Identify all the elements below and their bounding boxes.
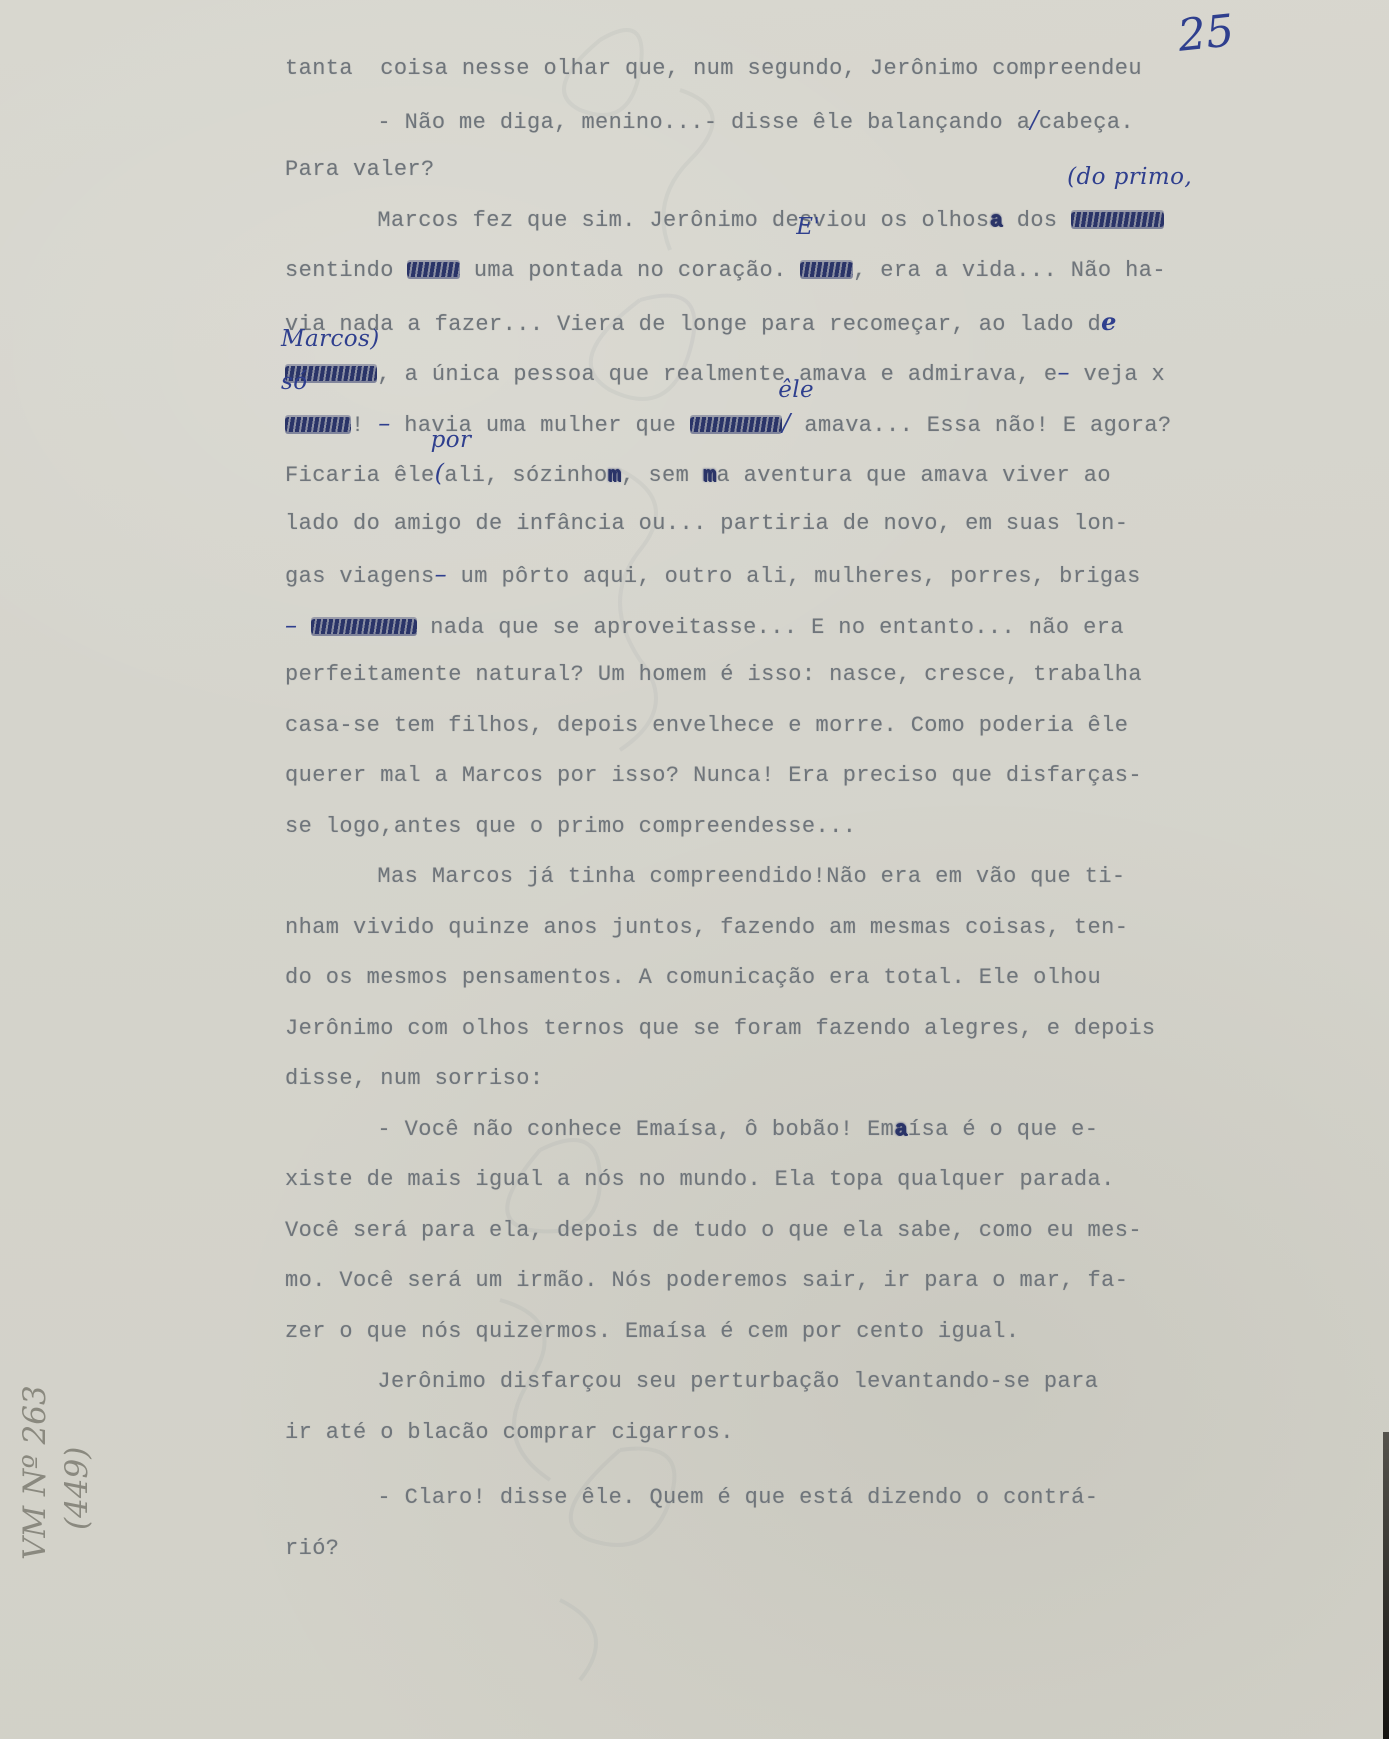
handwritten-insertion: por: [431, 429, 472, 452]
typed-text: veja x: [1070, 362, 1165, 387]
typescript-line: via nada a fazer... Viera de longe para …: [285, 297, 1295, 348]
handwritten-correction: –: [378, 409, 390, 437]
typed-text: [297, 615, 311, 640]
typed-text: casa-se tem filhos, depois envelhece e m…: [285, 713, 1128, 738]
typed-text: - Claro! disse êle. Quem é que está dize…: [377, 1485, 1098, 1510]
scan-edge-shadow: [1383, 1432, 1389, 1739]
typed-text: zer o que nós quizermos. Emaísa é cem po…: [285, 1319, 1020, 1344]
typed-text: , sem: [621, 463, 703, 488]
manuscript-page: 25 VM Nº 263 (449) tanta coisa nesse olh…: [0, 0, 1389, 1739]
typescript-line: rió?: [285, 1524, 1295, 1575]
typed-text: xiste de mais igual a nós no mundo. Ela …: [285, 1167, 1115, 1192]
typed-text: do os mesmos pensamentos. A comunicação …: [285, 965, 1101, 990]
typed-text: Você será para ela, depois de tudo o que…: [285, 1218, 1142, 1243]
typed-text: rió?: [285, 1536, 339, 1561]
typescript-line: nham vivido quinze anos juntos, fazendo …: [285, 903, 1295, 954]
typed-text: ir até o blacão comprar cigarros.: [285, 1420, 734, 1445]
scribbled-out-word: [407, 262, 460, 277]
scribbled-out-word: [311, 619, 417, 634]
typed-text: mo. Você será um irmão. Nós poderemos sa…: [285, 1268, 1128, 1293]
typed-text: se logo,antes que o primo compreendesse.…: [285, 814, 856, 839]
typed-text: tanta coisa nesse olhar que, num segundo…: [285, 56, 1142, 81]
typescript-line: mo. Você será um irmão. Nós poderemos sa…: [285, 1256, 1295, 1307]
handwritten-insertion: Marcos): [281, 328, 380, 351]
typed-text: via nada a fazer... Viera de longe para …: [285, 312, 1101, 337]
typed-text: perfeitamente natural? Um homem é isso: …: [285, 662, 1142, 687]
typescript-line: disse, num sorriso:: [285, 1054, 1295, 1105]
blotted-character: a: [990, 208, 1004, 233]
typed-text: lado do amigo de infância ou... partiria…: [285, 511, 1128, 536]
handwritten-correction: –: [435, 560, 447, 588]
typed-text: a aventura que amava viver ao: [716, 463, 1110, 488]
archive-note-line1: VM Nº 263: [14, 1385, 56, 1560]
handwritten-insertion: só: [281, 371, 307, 394]
handwritten-correction: (: [435, 459, 445, 487]
handwritten-correction: e: [1101, 307, 1117, 336]
archive-margin-note: VM Nº 263 (449): [14, 1385, 98, 1560]
typescript-line: Você será para ela, depois de tudo o que…: [285, 1206, 1295, 1257]
typed-text: Ficaria êle: [285, 463, 435, 488]
handwritten-correction: –: [1058, 358, 1070, 386]
blotted-character: a: [894, 1117, 908, 1142]
typed-text: ali, sózinho: [444, 463, 607, 488]
typescript-line: lado do amigo de infância ou... partiria…: [285, 499, 1295, 550]
handwritten-insertion: êle: [778, 379, 814, 402]
scribbled-out-word: só: [285, 417, 351, 432]
typed-text: Para valer?: [285, 157, 435, 182]
scribbled-out-word: E': [800, 262, 853, 277]
typed-text: sentindo: [285, 258, 407, 283]
handwritten-correction: /: [782, 409, 791, 437]
typescript-line: Marcos fez que sim. Jerônimo desviou os …: [285, 196, 1295, 247]
typescript-line: - Você não conhece Emaísa, ô bobão! Emaí…: [285, 1105, 1295, 1156]
typescript-line: zer o que nós quizermos. Emaísa é cem po…: [285, 1307, 1295, 1358]
typed-text: uma pontada no coração.: [460, 258, 800, 283]
typed-text: - Não me diga, menino...- disse êle bala…: [377, 110, 1030, 135]
typescript-line: - Claro! disse êle. Quem é que está dize…: [285, 1473, 1295, 1524]
typed-text: um pôrto aqui, outro ali, mulheres, porr…: [447, 564, 1141, 589]
typed-text: disse, num sorriso:: [285, 1066, 543, 1091]
typed-text: cabeça.: [1039, 110, 1134, 135]
blotted-character: m: [703, 463, 717, 488]
handwritten-insertion: E': [796, 216, 820, 239]
typescript-line: do os mesmos pensamentos. A comunicação …: [285, 953, 1295, 1004]
typed-text: amava... Essa não! E agora?: [791, 413, 1172, 438]
typed-text: nada que se aproveitasse... E no entanto…: [417, 615, 1124, 640]
typescript-line: gas viagens– um pôrto aqui, outro ali, m…: [285, 549, 1295, 600]
handwritten-correction: /: [1030, 106, 1039, 134]
typescript-line: Ficaria êlepor(ali, sózinhom, sem ma ave…: [285, 448, 1295, 499]
typed-text: querer mal a Marcos por isso? Nunca! Era…: [285, 763, 1142, 788]
archive-note-line2: (449): [56, 1385, 98, 1560]
typed-text: nham vivido quinze anos juntos, fazendo …: [285, 915, 1128, 940]
typescript-line: Jerônimo disfarçou seu perturbação levan…: [285, 1357, 1295, 1408]
typescript-line: Jerônimo com olhos ternos que se foram f…: [285, 1004, 1295, 1055]
typescript-line: tanta coisa nesse olhar que, num segundo…: [285, 44, 1295, 95]
typed-text: Mas Marcos já tinha compreendido!Não era…: [377, 864, 1125, 889]
handwritten-insertion: (do primo,: [1067, 166, 1192, 189]
typescript-body: tanta coisa nesse olhar que, num segundo…: [285, 44, 1295, 1574]
typescript-line: Mas Marcos já tinha compreendido!Não era…: [285, 852, 1295, 903]
handwritten-correction: –: [285, 611, 297, 639]
typescript-line: sentindo uma pontada no coração. E', era…: [285, 246, 1295, 297]
typescript-line: se logo,antes que o primo compreendesse.…: [285, 802, 1295, 853]
typed-text: Jerônimo disfarçou seu perturbação levan…: [377, 1369, 1098, 1394]
typed-text: dos: [1003, 208, 1071, 233]
typescript-line: perfeitamente natural? Um homem é isso: …: [285, 650, 1295, 701]
typed-text: , era a vida... Não ha-: [853, 258, 1166, 283]
typescript-line: xiste de mais igual a nós no mundo. Ela …: [285, 1155, 1295, 1206]
typed-text: ísa é o que e-: [908, 1117, 1098, 1142]
typescript-line: ir até o blacão comprar cigarros.: [285, 1408, 1295, 1459]
typed-text: , a única pessoa que realmente amava e a…: [377, 362, 1057, 387]
scribbled-out-word: (do primo,: [1071, 212, 1163, 227]
typed-text: Marcos fez que sim. Jerônimo desviou os …: [377, 208, 989, 233]
typed-text: - Você não conhece Emaísa, ô bobão! Em: [377, 1117, 894, 1142]
typescript-line: – nada que se aproveitasse... E no entan…: [285, 600, 1295, 651]
typescript-line: - Não me diga, menino...- disse êle bala…: [285, 95, 1295, 146]
typescript-line: querer mal a Marcos por isso? Nunca! Era…: [285, 751, 1295, 802]
typed-text: Jerônimo com olhos ternos que se foram f…: [285, 1016, 1156, 1041]
typed-text: gas viagens: [285, 564, 435, 589]
blotted-character: m: [608, 463, 622, 488]
typed-text: !: [351, 413, 378, 438]
scribbled-out-word: [690, 417, 782, 432]
typescript-line: casa-se tem filhos, depois envelhece e m…: [285, 701, 1295, 752]
